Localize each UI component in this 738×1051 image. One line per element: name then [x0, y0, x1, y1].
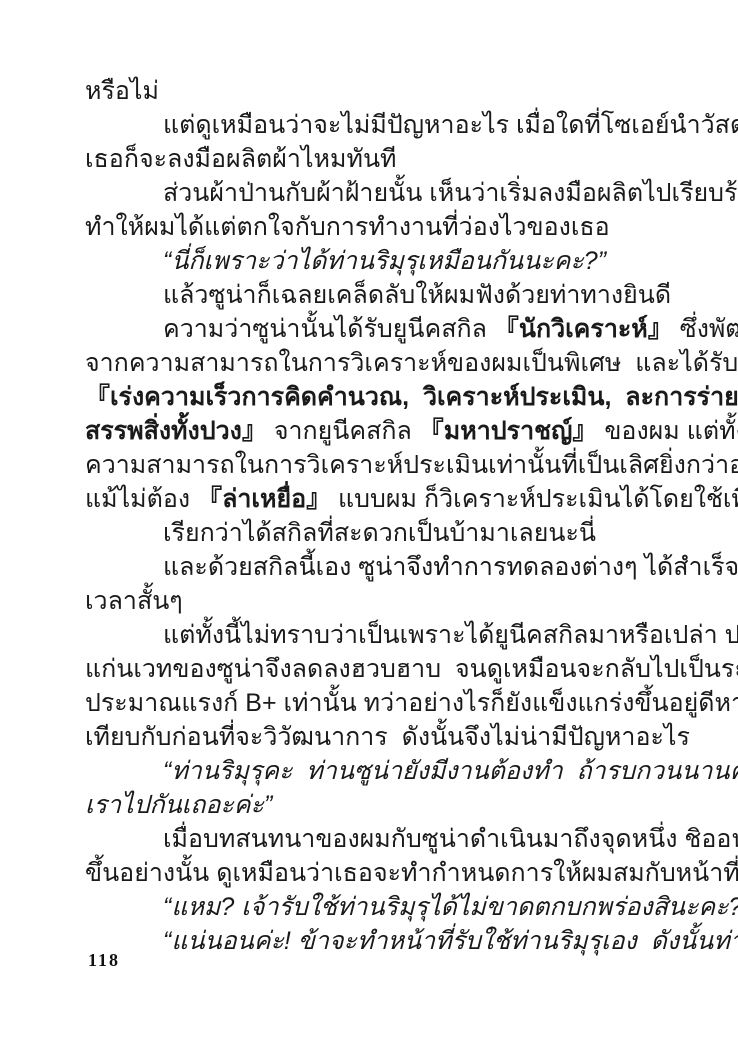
text-segment: ซึ่งพัฒนามา — [673, 315, 738, 343]
skill-term: สรรพสิ่งทั้งปวง』 — [85, 417, 267, 445]
text-segment: แล้วซูน่าก็เฉลยเคล็ดลับให้ผมฟังด้วยท่าทา… — [163, 281, 671, 309]
text-line: ส่วนผ้าป่านกับผ้าฝ้ายนั้น เห็นว่าเริ่มลง… — [85, 176, 663, 210]
skill-term: 『นักวิเคราะห์』 — [494, 315, 673, 343]
page-number: 118 — [88, 950, 120, 971]
text-line: เราไปกันเถอะค่ะ” — [85, 788, 663, 822]
text-line: “แน่นอนค่ะ! ข้าจะทำหน้าที่รับใช้ท่านริมุ… — [85, 924, 663, 958]
text-line: “นี่ก็เพราะว่าได้ท่านริมุรุเหมือนกันนะคะ… — [85, 244, 663, 278]
text-line: ขึ้นอย่างนั้น ดูเหมือนว่าเธอจะทำกำหนดการ… — [85, 856, 663, 890]
dialogue-text: เราไปกันเถอะค่ะ” — [85, 791, 272, 819]
text-line: แต่ทั้งนี้ไม่ทราบว่าเป็นเพราะได้ยูนีคสกิ… — [85, 618, 663, 652]
text-line: จากความสามารถในการวิเคราะห์ของผมเป็นพิเศ… — [85, 346, 663, 380]
text-segment: เวลาสั้นๆ — [85, 587, 183, 615]
text-segment: ของผม แต่ทั้งนี้มีเพียง — [597, 417, 738, 445]
text-segment: เมื่อบทสนทนาของผมกับซูน่าดำเนินมาถึงจุดห… — [163, 825, 738, 853]
text-segment: ความว่าซูน่านั้นได้รับยูนีคสกิล — [163, 315, 494, 343]
text-line: แต่ดูเหมือนว่าจะไม่มีปัญหาอะไร เมื่อใดที… — [85, 108, 663, 142]
page-text: หรือไม่แต่ดูเหมือนว่าจะไม่มีปัญหาอะไร เม… — [85, 74, 663, 958]
text-line: แล้วซูน่าก็เฉลยเคล็ดลับให้ผมฟังด้วยท่าทา… — [85, 278, 663, 312]
text-line: เทียบกับก่อนที่จะวิวัฒนาการ ดังนั้นจึงไม… — [85, 720, 663, 754]
skill-term: 『ล่าเหยื่อ』 — [197, 485, 331, 513]
text-segment: ขึ้นอย่างนั้น ดูเหมือนว่าเธอจะทำกำหนดการ… — [85, 859, 738, 887]
text-segment: เรียกว่าได้สกิลที่สะดวกเป็นบ้ามาเลยนะนี่ — [163, 519, 596, 547]
text-segment: และด้วยสกิลนี้เอง ซูน่าจึงทำการทดลองต่าง… — [163, 553, 738, 581]
text-line: ทำให้ผมได้แต่ตกใจกับการทำงานที่ว่องไวของ… — [85, 210, 663, 244]
text-segment: จากความสามารถในการวิเคราะห์ของผมเป็นพิเศ… — [85, 349, 738, 377]
text-line: “ท่านริมุรุคะ ท่านซูน่ายังมีงานต้องทำ ถ้… — [85, 754, 663, 788]
text-line: เวลาสั้นๆ — [85, 584, 663, 618]
text-line: ความว่าซูน่านั้นได้รับยูนีคสกิล 『นักวิเค… — [85, 312, 663, 346]
text-segment: ความสามารถในการวิเคราะห์ประเมินเท่านั้นท… — [85, 451, 738, 479]
skill-term: 『มหาปราชญ์』 — [419, 417, 598, 445]
text-line: แก่นเวทของซูน่าจึงลดลงฮวบฮาบ จนดูเหมือนจ… — [85, 652, 663, 686]
text-line: สรรพสิ่งทั้งปวง』 จากยูนีคสกิล 『มหาปราชญ์… — [85, 414, 663, 448]
text-segment: ทำให้ผมได้แต่ตกใจกับการทำงานที่ว่องไวของ… — [85, 213, 610, 241]
dialogue-text: “แหม? เจ้ารับใช้ท่านริมุรุได้ไม่ขาดตกบกพ… — [163, 893, 738, 921]
text-segment: ประมาณแรงก์ B+ เท่านั้น ทว่าอย่างไรก็ยัง… — [85, 689, 738, 717]
skill-term: 『เร่งความเร็วการคิดคำนวณ, วิเคราะห์ประเม… — [85, 383, 738, 411]
book-page: หรือไม่แต่ดูเหมือนว่าจะไม่มีปัญหาอะไร เม… — [0, 0, 738, 1051]
text-line: และด้วยสกิลนี้เอง ซูน่าจึงทำการทดลองต่าง… — [85, 550, 663, 584]
text-segment: เธอก็จะลงมือผลิตผ้าไหมทันที — [85, 145, 397, 173]
text-segment: หรือไม่ — [85, 77, 159, 105]
text-line: 『เร่งความเร็วการคิดคำนวณ, วิเคราะห์ประเม… — [85, 380, 663, 414]
text-segment: แต่ดูเหมือนว่าจะไม่มีปัญหาอะไร เมื่อใดที… — [163, 111, 738, 139]
text-segment: เทียบกับก่อนที่จะวิวัฒนาการ ดังนั้นจึงไม… — [85, 723, 690, 751]
dialogue-text: “นี่ก็เพราะว่าได้ท่านริมุรุเหมือนกันนะคะ… — [163, 247, 606, 275]
text-line: “แหม? เจ้ารับใช้ท่านริมุรุได้ไม่ขาดตกบกพ… — [85, 890, 663, 924]
text-line: หรือไม่ — [85, 74, 663, 108]
text-segment: แม้ไม่ต้อง — [85, 485, 197, 513]
text-segment: แบบผม ก็วิเคราะห์ประเมินได้โดยใช้เพียง — [331, 485, 738, 513]
text-line: เมื่อบทสนทนาของผมกับซูน่าดำเนินมาถึงจุดห… — [85, 822, 663, 856]
text-segment: แต่ทั้งนี้ไม่ทราบว่าเป็นเพราะได้ยูนีคสกิ… — [163, 621, 738, 649]
dialogue-text: “แน่นอนค่ะ! ข้าจะทำหน้าที่รับใช้ท่านริมุ… — [163, 927, 738, 955]
text-segment: ส่วนผ้าป่านกับผ้าฝ้ายนั้น เห็นว่าเริ่มลง… — [163, 179, 738, 207]
text-line: ความสามารถในการวิเคราะห์ประเมินเท่านั้นท… — [85, 448, 663, 482]
text-line: เธอก็จะลงมือผลิตผ้าไหมทันที — [85, 142, 663, 176]
text-line: ประมาณแรงก์ B+ เท่านั้น ทว่าอย่างไรก็ยัง… — [85, 686, 663, 720]
dialogue-text: “ท่านริมุรุคะ ท่านซูน่ายังมีงานต้องทำ ถ้… — [163, 757, 738, 785]
text-segment: แก่นเวทของซูน่าจึงลดลงฮวบฮาบ จนดูเหมือนจ… — [85, 655, 738, 683]
text-segment: จากยูนีคสกิล — [267, 417, 419, 445]
text-line: แม้ไม่ต้อง 『ล่าเหยื่อ』 แบบผม ก็วิเคราะห์… — [85, 482, 663, 516]
text-line: เรียกว่าได้สกิลที่สะดวกเป็นบ้ามาเลยนะนี่ — [85, 516, 663, 550]
